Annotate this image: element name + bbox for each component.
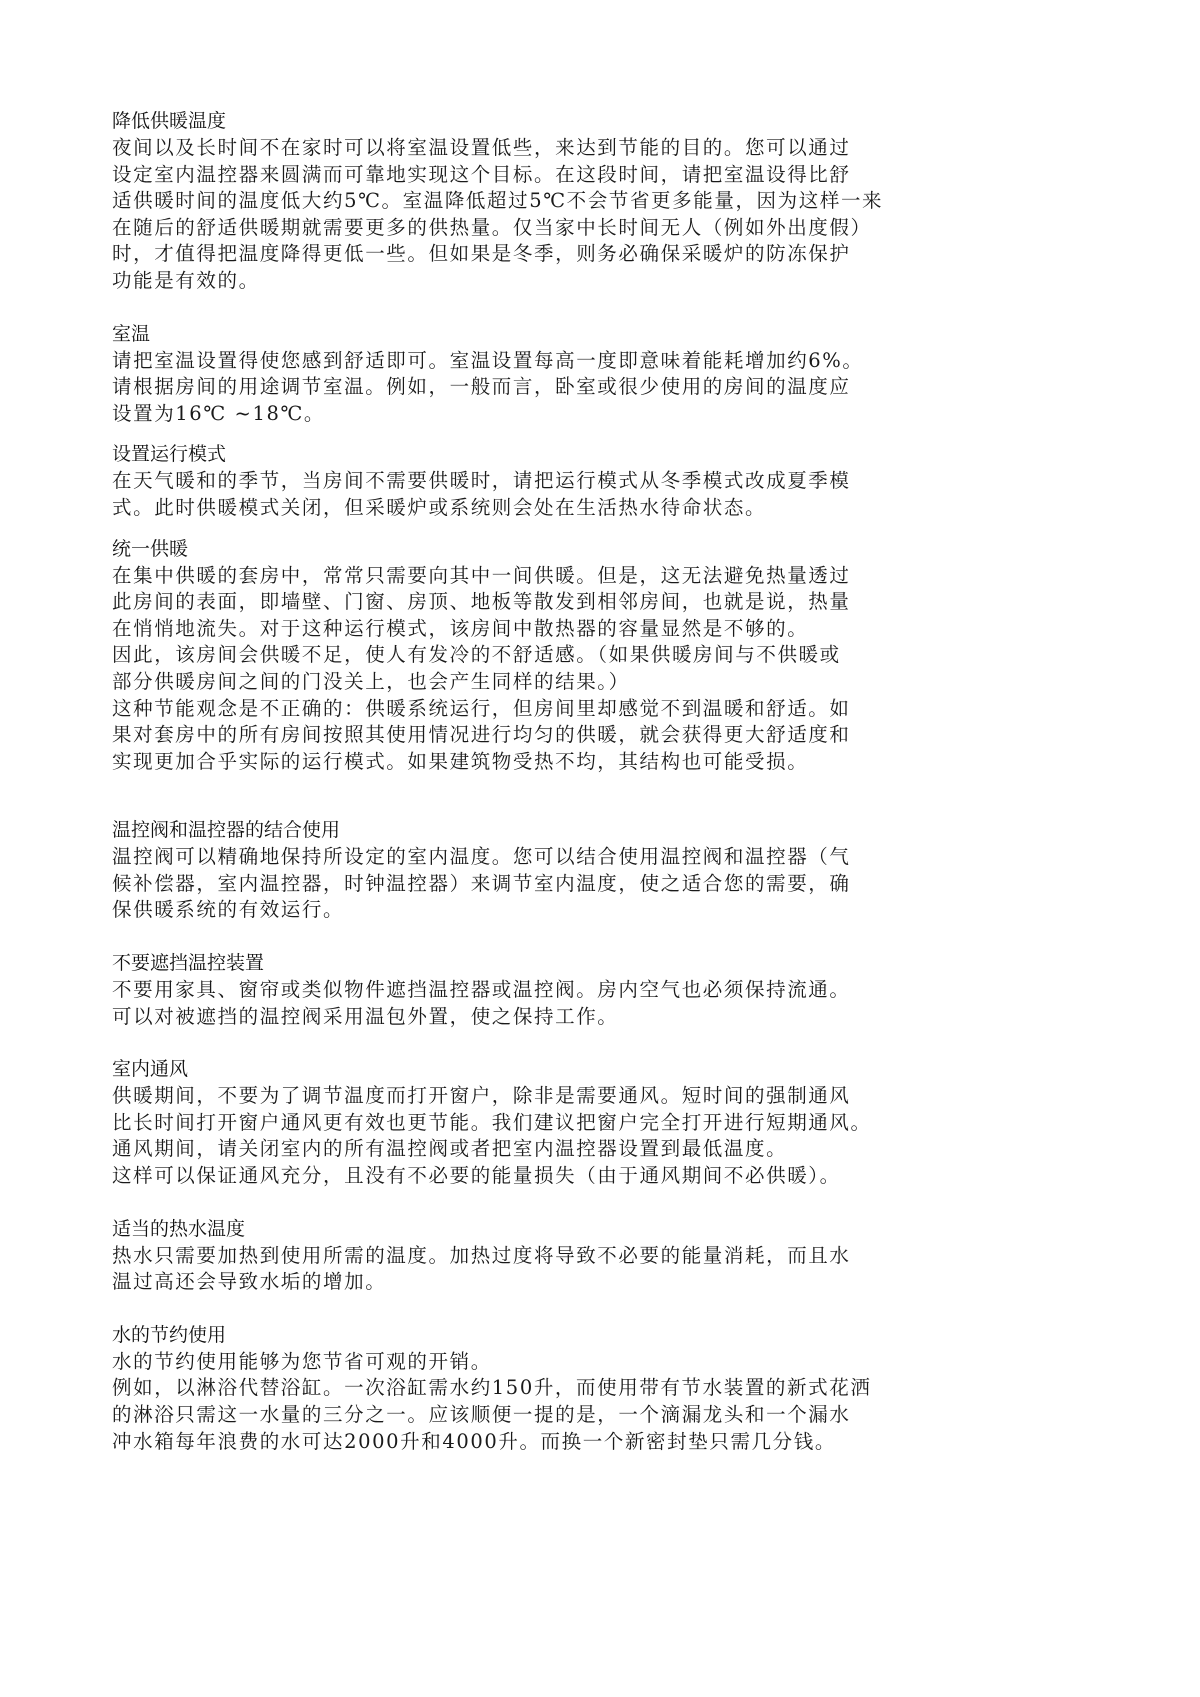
section-heading: 水的节约使用 xyxy=(112,1322,1072,1349)
paragraph-line: 功能是有效的。 xyxy=(112,268,1072,295)
paragraph-line: 适供暖时间的温度低大约5℃。室温降低超过5℃不会节省更多能量，因为这样一来 xyxy=(112,188,1072,215)
section-heading: 设置运行模式 xyxy=(112,441,1072,468)
section-do-not-block-controls: 不要遮挡温控装置 不要用家具、窗帘或类似物件遮挡温控器或温控阀。房内空气也必须保… xyxy=(112,950,1072,1030)
paragraph-line: 供暖期间，不要为了调节温度而打开窗户，除非是需要通风。短时间的强制通风 xyxy=(112,1083,1072,1110)
paragraph-line: 此房间的表面，即墙壁、门窗、房顶、地板等散发到相邻房间，也就是说，热量 xyxy=(112,589,1072,616)
paragraph-line: 这样可以保证通风充分，且没有不必要的能量损失（由于通风期间不必供暖）。 xyxy=(112,1163,1072,1190)
paragraph-line: 在随后的舒适供暖期就需要更多的供热量。仅当家中长时间无人（例如外出度假） xyxy=(112,215,1072,242)
paragraph-line: 候补偿器，室内温控器，时钟温控器）来调节室内温度，使之适合您的需要，确 xyxy=(112,871,1072,898)
paragraph-line: 温过高还会导致水垢的增加。 xyxy=(112,1269,1072,1296)
paragraph-line: 在天气暖和的季节，当房间不需要供暖时，请把运行模式从冬季模式改成夏季模 xyxy=(112,468,1072,495)
paragraph-line: 比长时间打开窗户通风更有效也更节能。我们建议把窗户完全打开进行短期通风。 xyxy=(112,1110,1072,1137)
section-heading: 室温 xyxy=(112,321,1072,348)
section-operating-mode: 设置运行模式 在天气暖和的季节，当房间不需要供暖时，请把运行模式从冬季模式改成夏… xyxy=(112,441,1072,521)
document-page: 降低供暖温度 夜间以及长时间不在家时可以将室温设置低些，来达到节能的目的。您可以… xyxy=(112,108,1072,1469)
section-lower-heating-temperature: 降低供暖温度 夜间以及长时间不在家时可以将室温设置低些，来达到节能的目的。您可以… xyxy=(112,108,1072,295)
paragraph-line: 这种节能观念是不正确的：供暖系统运行，但房间里却感觉不到温暖和舒适。如 xyxy=(112,696,1072,723)
section-valves-and-thermostats: 温控阀和温控器的结合使用 温控阀可以精确地保持所设定的室内温度。您可以结合使用温… xyxy=(112,817,1072,924)
paragraph-line: 请根据房间的用途调节室温。例如，一般而言，卧室或很少使用的房间的温度应 xyxy=(112,374,1072,401)
section-heading: 温控阀和温控器的结合使用 xyxy=(112,817,1072,844)
paragraph-line: 设置为16℃ ~18℃。 xyxy=(112,401,1072,428)
paragraph-line: 部分供暖房间之间的门没关上，也会产生同样的结果。） xyxy=(112,669,1072,696)
section-heading: 室内通风 xyxy=(112,1056,1072,1083)
paragraph-line: 温控阀可以精确地保持所设定的室内温度。您可以结合使用温控阀和温控器（气 xyxy=(112,844,1072,871)
paragraph-line: 不要用家具、窗帘或类似物件遮挡温控器或温控阀。房内空气也必须保持流通。 xyxy=(112,977,1072,1004)
paragraph-line: 时，才值得把温度降得更低一些。但如果是冬季，则务必确保采暖炉的防冻保护 xyxy=(112,241,1072,268)
paragraph-line: 实现更加合乎实际的运行模式。如果建筑物受热不均，其结构也可能受损。 xyxy=(112,749,1072,776)
paragraph-line: 的淋浴只需这一水量的三分之一。应该顺便一提的是，一个滴漏龙头和一个漏水 xyxy=(112,1402,1072,1429)
section-uniform-heating: 统一供暖 在集中供暖的套房中，常常只需要向其中一间供暖。但是，这无法避免热量透过… xyxy=(112,536,1072,776)
paragraph-line: 设定室内温控器来圆满而可靠地实现这个目标。在这段时间，请把室温设得比舒 xyxy=(112,162,1072,189)
paragraph-line: 因此，该房间会供暖不足，使人有发冷的不舒适感。（如果供暖房间与不供暖或 xyxy=(112,642,1072,669)
paragraph-line: 在集中供暖的套房中，常常只需要向其中一间供暖。但是，这无法避免热量透过 xyxy=(112,563,1072,590)
paragraph-line: 热水只需要加热到使用所需的温度。加热过度将导致不必要的能量消耗，而且水 xyxy=(112,1243,1072,1270)
paragraph-line: 在悄悄地流失。对于这种运行模式，该房间中散热器的容量显然是不够的。 xyxy=(112,616,1072,643)
paragraph-line: 请把室温设置得使您感到舒适即可。室温设置每高一度即意味着能耗增加约6%。 xyxy=(112,348,1072,375)
section-heading: 统一供暖 xyxy=(112,536,1072,563)
section-ventilation: 室内通风 供暖期间，不要为了调节温度而打开窗户，除非是需要通风。短时间的强制通风… xyxy=(112,1056,1072,1189)
paragraph-line: 水的节约使用能够为您节省可观的开销。 xyxy=(112,1349,1072,1376)
paragraph-line: 式。此时供暖模式关闭，但采暖炉或系统则会处在生活热水待命状态。 xyxy=(112,495,1072,522)
paragraph-line: 果对套房中的所有房间按照其使用情况进行均匀的供暖，就会获得更大舒适度和 xyxy=(112,722,1072,749)
paragraph-line: 冲水箱每年浪费的水可达2000升和4000升。而换一个新密封垫只需几分钱。 xyxy=(112,1429,1072,1456)
paragraph-line: 可以对被遮挡的温控阀采用温包外置，使之保持工作。 xyxy=(112,1004,1072,1031)
paragraph-line: 例如，以淋浴代替浴缸。一次浴缸需水约150升，而使用带有节水装置的新式花洒 xyxy=(112,1375,1072,1402)
paragraph-line: 夜间以及长时间不在家时可以将室温设置低些，来达到节能的目的。您可以通过 xyxy=(112,135,1072,162)
paragraph-line: 通风期间，请关闭室内的所有温控阀或者把室内温控器设置到最低温度。 xyxy=(112,1136,1072,1163)
section-room-temperature: 室温 请把室温设置得使您感到舒适即可。室温设置每高一度即意味着能耗增加约6%。 … xyxy=(112,321,1072,428)
section-heading: 降低供暖温度 xyxy=(112,108,1072,135)
section-hot-water-temperature: 适当的热水温度 热水只需要加热到使用所需的温度。加热过度将导致不必要的能量消耗，… xyxy=(112,1216,1072,1296)
section-heading: 不要遮挡温控装置 xyxy=(112,950,1072,977)
paragraph-line: 保供暖系统的有效运行。 xyxy=(112,897,1072,924)
section-heading: 适当的热水温度 xyxy=(112,1216,1072,1243)
section-water-saving: 水的节约使用 水的节约使用能够为您节省可观的开销。 例如，以淋浴代替浴缸。一次浴… xyxy=(112,1322,1072,1455)
